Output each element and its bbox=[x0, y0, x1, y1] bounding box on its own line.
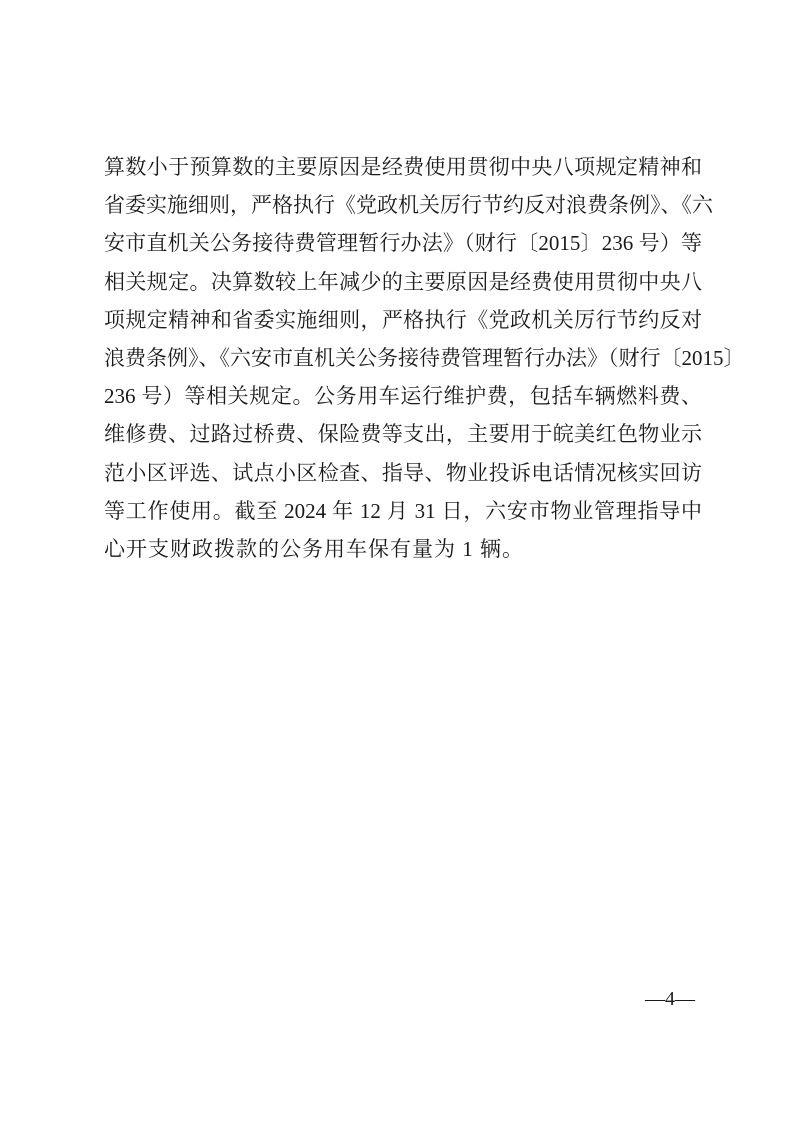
text-line: 维修费、过路过桥费、保险费等支出，主要用于皖美红色物业示 bbox=[104, 415, 702, 453]
text-line: 安市直机关公务接待费管理暂行办法》（财行〔2015〕236 号）等 bbox=[104, 224, 702, 262]
paragraph-block: 算数小于预算数的主要原因是经费使用贯彻中央八项规定精神和 省委实施细则，严格执行… bbox=[104, 148, 702, 568]
page-number: —4— bbox=[645, 988, 695, 1011]
text-line: 省委实施细则，严格执行《党政机关厉行节约反对浪费条例》、《六 bbox=[104, 186, 702, 224]
text-line: 项规定精神和省委实施细则，严格执行《党政机关厉行节约反对 bbox=[104, 301, 702, 339]
text-line: 等工作使用。截至 2024 年 12 月 31 日，六安市物业管理指导中 bbox=[104, 492, 702, 530]
text-line: 心开支财政拨款的公务用车保有量为 1 辆。 bbox=[104, 530, 702, 568]
text-line: 浪费条例》、《六安市直机关公务接待费管理暂行办法》（财行〔2015〕 bbox=[104, 339, 702, 377]
text-line: 范小区评选、试点小区检查、指导、物业投诉电话情况核实回访 bbox=[104, 454, 702, 492]
text-line: 相关规定。决算数较上年减少的主要原因是经费使用贯彻中央八 bbox=[104, 263, 702, 301]
text-line: 236 号）等相关规定。公务用车运行维护费，包括车辆燃料费、 bbox=[104, 377, 702, 415]
text-line: 算数小于预算数的主要原因是经费使用贯彻中央八项规定精神和 bbox=[104, 148, 702, 186]
document-page: 算数小于预算数的主要原因是经费使用贯彻中央八项规定精神和 省委实施细则，严格执行… bbox=[0, 0, 793, 1122]
